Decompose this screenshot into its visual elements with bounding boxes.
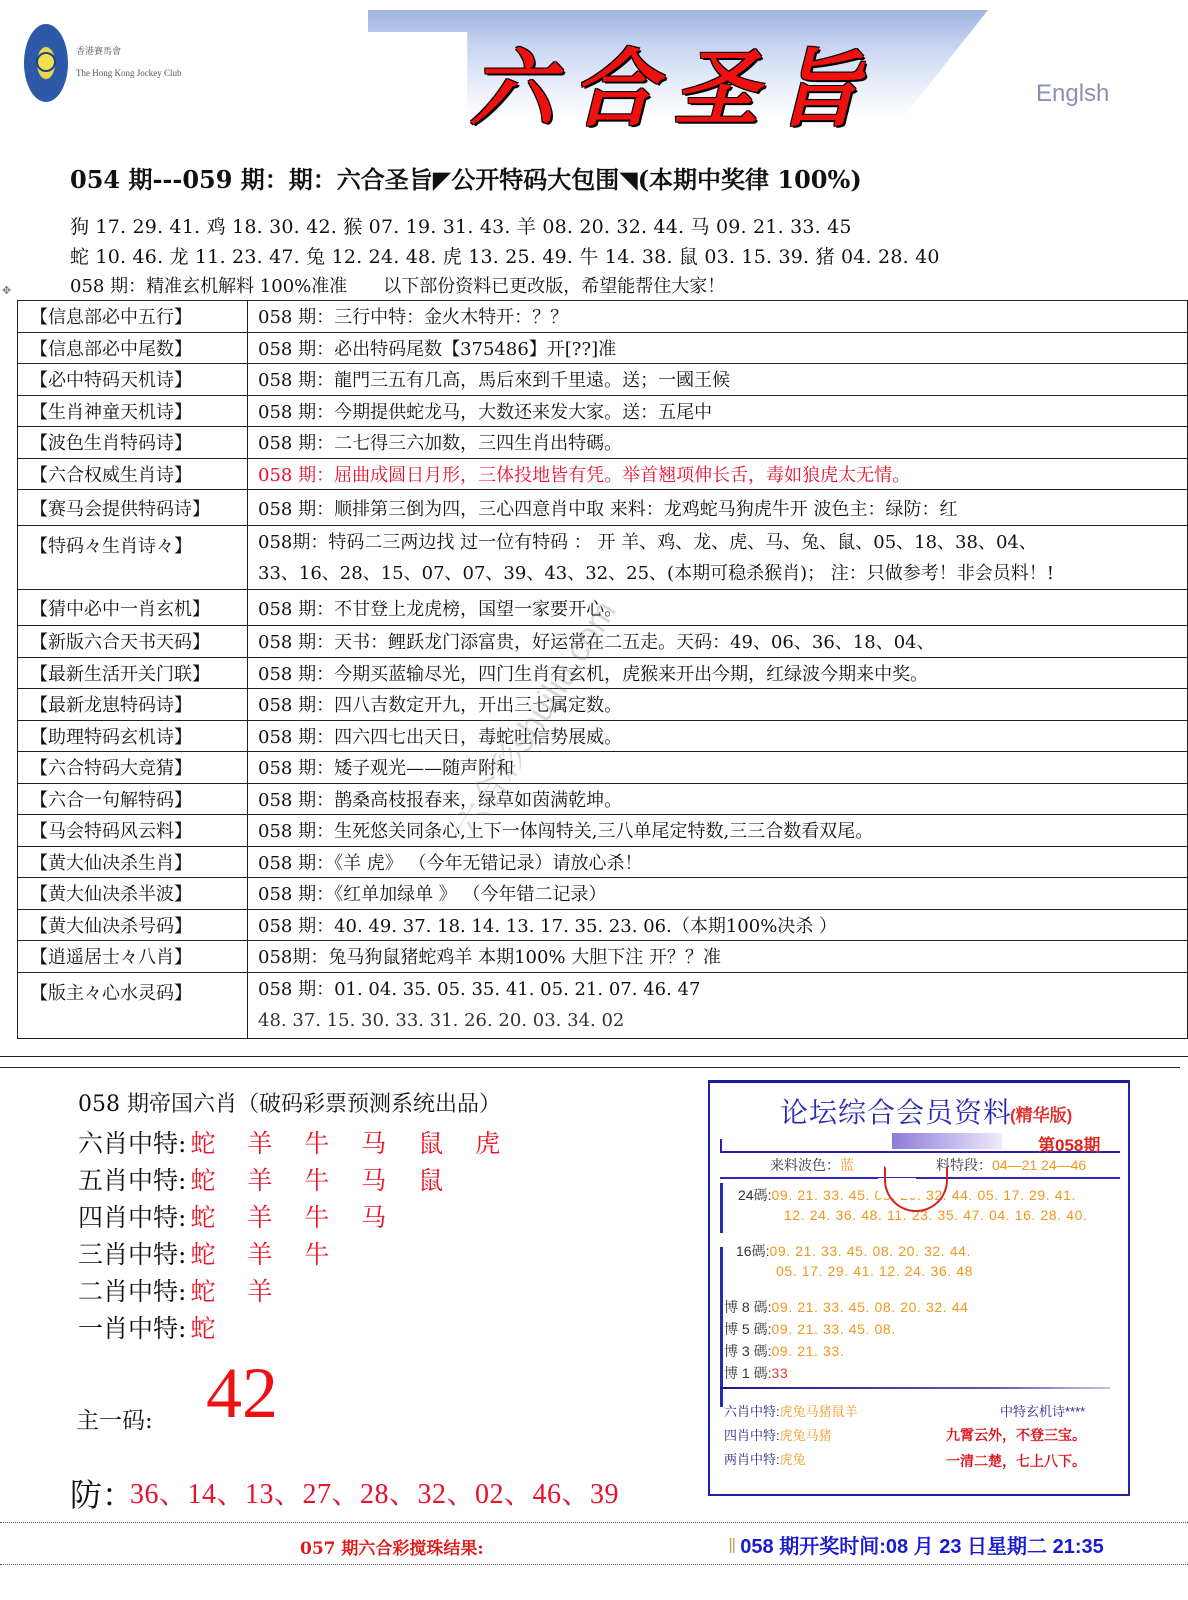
row-content-line-1: 058 期：01. 04. 35. 05. 35. 41. 05. 21. 07… bbox=[258, 974, 1177, 1005]
code-values: 09. 21. 33. 45. 08. 20. 32. 44. bbox=[769, 1243, 971, 1259]
row-content: 058 期：今期提供蛇龙马，大数还来发大家。送：五尾中 bbox=[248, 395, 1188, 427]
row-label: 【马会特码风云料】 bbox=[18, 815, 248, 847]
six-zodiac-picks: 蛇 羊 牛 马 鼠 虎 bbox=[190, 1129, 512, 1158]
row-label: 【六合权威生肖诗】 bbox=[18, 458, 248, 490]
result-title: 057 期六合彩搅珠结果: bbox=[300, 1534, 484, 1559]
row-label: 【六合特码大竞猜】 bbox=[18, 752, 248, 784]
segment-value: 04—21 24—46 bbox=[992, 1157, 1086, 1173]
card-zodiac-label: 六肖中特: bbox=[724, 1404, 780, 1419]
section-divider bbox=[0, 1067, 1180, 1068]
row-content-line-2: 48. 37. 15. 30. 33. 31. 26. 20. 03. 34. … bbox=[258, 1005, 1177, 1036]
row-content: 058 期：01. 04. 35. 05. 35. 41. 05. 21. 07… bbox=[248, 972, 1188, 1038]
table-row: 【版主々心水灵码】058 期：01. 04. 35. 05. 35. 41. 0… bbox=[18, 972, 1188, 1038]
code-row-24-cont: 12. 24. 36. 48. 11. 23. 35. 47. 04. 16. … bbox=[784, 1207, 1088, 1223]
code-values: 12. 24. 36. 48. 11. 23. 35. 47. 04. 16. … bbox=[784, 1207, 1088, 1223]
row-content: 058 期：二七得三六加数，三四生肖出特碼。 bbox=[248, 427, 1188, 459]
wave-color: 来料波色：蓝 bbox=[770, 1155, 854, 1175]
row-content: 058 期：四六四七出天日，毒蛇吐信势展威。 bbox=[248, 720, 1188, 752]
accent-bar bbox=[720, 1183, 723, 1233]
row-content: 058 期：四八吉数定开九，开出三七属定数。 bbox=[248, 689, 1188, 721]
card-zodiac-label: 四肖中特: bbox=[724, 1428, 780, 1443]
english-language-link[interactable]: Englsh bbox=[1036, 80, 1109, 108]
row-content: 058 期：鹊桑高枝报春来，绿草如茵满乾坤。 bbox=[248, 783, 1188, 815]
row-label: 【必中特码天机诗】 bbox=[18, 364, 248, 396]
row-content: 058 期：不甘登上龙虎榜，国望一家要开心。 bbox=[248, 590, 1188, 626]
table-row: 【马会特码风云料】058 期：生死悠关同条心,上下一体闯特关,三八单尾定特数,三… bbox=[18, 815, 1188, 847]
poem-title: 中特玄机诗**** bbox=[1000, 1401, 1085, 1420]
row-label: 【新版六合天书天码】 bbox=[18, 626, 248, 658]
code-row-1: 博 1 碼:33 bbox=[724, 1363, 788, 1383]
row-label: 【波色生肖特码诗】 bbox=[18, 427, 248, 459]
row-label: 【生肖神童天机诗】 bbox=[18, 395, 248, 427]
row-content: 058 期：40. 49. 37. 18. 14. 13. 17. 35. 23… bbox=[248, 909, 1188, 941]
row-label: 【逍遥居士々八肖】 bbox=[18, 941, 248, 973]
table-row: 【特码々生肖诗々】058期：特码二三两边找 过一位有特码 ： 开 羊、鸡、龙、虎… bbox=[18, 526, 1188, 590]
hkjc-logo-text: 香港賽馬會 The Hong Kong Jockey Club bbox=[76, 40, 182, 84]
row-label: 【信息部必中五行】 bbox=[18, 301, 248, 333]
row-label: 【黄大仙决杀半波】 bbox=[18, 878, 248, 910]
member-card-issue: 第058期 bbox=[1038, 1131, 1100, 1156]
row-label: 【信息部必中尾数】 bbox=[18, 332, 248, 364]
prediction-table: 【信息部必中五行】058 期：三行中特：金火木特开：？？ 【信息部必中尾数】05… bbox=[17, 300, 1188, 1039]
notice-right: 以下部份资料已更改版，希望能帮住大家！ bbox=[383, 276, 725, 297]
code-values: 09. 21. 33. 45. 08. bbox=[771, 1321, 895, 1337]
intro-title: 054 期---059 期：期：六合圣旨◤公开特码大包围◥(本期中奖律 100%… bbox=[70, 160, 862, 195]
logo-emblem-icon bbox=[36, 52, 56, 72]
table-row: 【信息部必中五行】058 期：三行中特：金火木特开：？？ bbox=[18, 301, 1188, 333]
row-content: 058 期：三行中特：金火木特开：？？ bbox=[248, 301, 1188, 333]
code-label: 博 5 碼: bbox=[724, 1321, 771, 1337]
wave-value: 蓝 bbox=[840, 1157, 854, 1173]
banner-title: 六合圣旨 bbox=[470, 44, 878, 134]
row-content: 058期：兔马狗鼠猪蛇鸡羊 本期100% 大胆下注 开？？准 bbox=[248, 941, 1188, 973]
table-row: 【信息部必中尾数】058 期：必出特码尾数【375486】开[??]准 bbox=[18, 332, 1188, 364]
row-content: 058 期：龍門三五有几高，馬后來到千里遠。送；一國王候 bbox=[248, 364, 1188, 396]
row-content: 058 期：顺排第三倒为四，三心四意肖中取 来料：龙鸡蛇马狗虎牛开 波色主：绿防… bbox=[248, 490, 1188, 526]
six-zodiac-label: 六肖中特: bbox=[78, 1129, 186, 1158]
row-label: 【最新生活开关门联】 bbox=[18, 657, 248, 689]
table-row: 【必中特码天机诗】058 期：龍門三五有几高，馬后來到千里遠。送；一國王候 bbox=[18, 364, 1188, 396]
six-zodiac-row: 二肖中特:蛇 羊 bbox=[78, 1272, 284, 1308]
six-zodiac-picks: 蛇 bbox=[190, 1314, 227, 1343]
code-row-3: 博 3 碼:09. 21. 33. bbox=[724, 1341, 844, 1361]
row-content: 058 期：必出特码尾数【375486】开[??]准 bbox=[248, 332, 1188, 364]
poem-line-1: 九霄云外，不登三宝。 bbox=[946, 1425, 1086, 1445]
six-zodiac-picks: 蛇 羊 牛 马 鼠 bbox=[190, 1166, 455, 1195]
code-label: 博 8 碼: bbox=[724, 1299, 771, 1315]
six-zodiac-row: 四肖中特:蛇 羊 牛 马 bbox=[78, 1198, 398, 1234]
divider bbox=[720, 1387, 1110, 1389]
logo-cn-name: 香港賽馬會 bbox=[76, 40, 182, 62]
six-zodiac-label: 一肖中特: bbox=[78, 1314, 186, 1343]
table-row: 【波色生肖特码诗】058 期：二七得三六加数，三四生肖出特碼。 bbox=[18, 427, 1188, 459]
draw-time: ‖058 期开奖时间:08 月 23 日星期二 21:35 bbox=[728, 1530, 1104, 1559]
row-label: 【赛马会提供特码诗】 bbox=[18, 490, 248, 526]
six-zodiac-picks: 蛇 羊 bbox=[190, 1277, 284, 1306]
logo-en-name: The Hong Kong Jockey Club bbox=[76, 62, 182, 84]
row-content: 058 期：今期买蓝输尽光，四门生肖有玄机，虎猴来开出今期，红绿波今期来中奖。 bbox=[248, 657, 1188, 689]
code-values: 05. 17. 29. 41. 12. 24. 36. 48 bbox=[776, 1263, 973, 1279]
table-row: 【赛马会提供特码诗】058 期：顺排第三倒为四，三心四意肖中取 来料：龙鸡蛇马狗… bbox=[18, 490, 1188, 526]
main-code-label: 主一码: bbox=[76, 1402, 153, 1435]
six-zodiac-row: 五肖中特:蛇 羊 牛 马 鼠 bbox=[78, 1161, 455, 1197]
row-label: 【特码々生肖诗々】 bbox=[18, 526, 248, 590]
code-row-16: 16碼:09. 21. 33. 45. 08. 20. 32. 44. bbox=[736, 1241, 971, 1261]
zodiac-numbers-line-1: 狗 17. 29. 41. 鸡 18. 30. 42. 猴 07. 19. 31… bbox=[70, 212, 852, 239]
six-zodiac-picks: 蛇 羊 牛 马 bbox=[190, 1203, 398, 1232]
member-card-title: 论坛综合会员资料 bbox=[780, 1091, 1012, 1131]
dotted-divider bbox=[0, 1522, 1188, 1523]
six-zodiac-row: 一肖中特:蛇 bbox=[78, 1309, 227, 1345]
notice-line: 058 期：精准玄机解料 100%准准以下部份资料已更改版，希望能帮住大家！ bbox=[70, 272, 725, 298]
six-zodiac-row: 三肖中特:蛇 羊 牛 bbox=[78, 1235, 341, 1271]
hkjc-logo-icon[interactable] bbox=[24, 24, 68, 102]
six-zodiac-row: 六肖中特:蛇 羊 牛 马 鼠 虎 bbox=[78, 1124, 512, 1160]
card-zodiac-value: 虎兔马猪鼠羊 bbox=[780, 1404, 858, 1419]
member-card-edition: (精华版) bbox=[1010, 1101, 1072, 1126]
code-row-16-cont: 05. 17. 29. 41. 12. 24. 36. 48 bbox=[776, 1263, 973, 1279]
row-content: 058期：特码二三两边找 过一位有特码 ： 开 羊、鸡、龙、虎、马、兔、鼠、05… bbox=[248, 526, 1188, 590]
table-row: 【最新龙崽特码诗】058 期：四八吉数定开九，开出三七属定数。 bbox=[18, 689, 1188, 721]
code-label: 博 1 碼: bbox=[724, 1365, 771, 1381]
code-row-8: 博 8 碼:09. 21. 33. 45. 08. 20. 32. 44 bbox=[724, 1297, 969, 1317]
separator-icon: ‖ bbox=[728, 1536, 736, 1558]
table-row: 【生肖神童天机诗】058 期：今期提供蛇龙马，大数还来发大家。送：五尾中 bbox=[18, 395, 1188, 427]
table-row: 【黄大仙决杀号码】058 期：40. 49. 37. 18. 14. 13. 1… bbox=[18, 909, 1188, 941]
page-header: 香港賽馬會 The Hong Kong Jockey Club 六合圣旨 Eng… bbox=[0, 0, 1188, 150]
move-handle-icon[interactable]: ✥ bbox=[2, 284, 11, 297]
six-zodiac-picks: 蛇 羊 牛 bbox=[190, 1240, 341, 1269]
card-zodiac-value: 虎兔 bbox=[780, 1452, 806, 1467]
code-label: 24碼: bbox=[738, 1187, 771, 1203]
six-zodiac-title: 058 期帝国六肖（破码彩票预测系统出品） bbox=[78, 1087, 501, 1118]
card-zodiac-row: 两肖中特:虎兔 bbox=[724, 1449, 806, 1468]
notice-left: 058 期：精准玄机解料 100%准准 bbox=[70, 276, 347, 297]
main-code-value: 42 bbox=[206, 1352, 278, 1435]
table-row: 【六合权威生肖诗】058 期：屈曲成圆日月形，三体投地皆有凭。举首翘项伸长舌，毒… bbox=[18, 458, 1188, 490]
wave-label: 来料波色： bbox=[770, 1157, 840, 1173]
card-zodiac-row: 四肖中特:虎兔马猪 bbox=[724, 1425, 832, 1444]
draw-time-text: 058 期开奖时间:08 月 23 日星期二 21:35 bbox=[740, 1536, 1103, 1558]
table-row: 【六合一句解特码】058 期：鹊桑高枝报春来，绿草如茵满乾坤。 bbox=[18, 783, 1188, 815]
card-zodiac-row: 六肖中特:虎兔马猪鼠羊 bbox=[724, 1401, 858, 1420]
card-zodiac-value: 虎兔马猪 bbox=[780, 1428, 832, 1443]
guard-label: 防： bbox=[70, 1470, 134, 1516]
code-label: 16碼: bbox=[736, 1243, 769, 1259]
row-content: 058 期：生死悠关同条心,上下一体闯特关,三八单尾定特数,三三合数看双尾。 bbox=[248, 815, 1188, 847]
code-values: 09. 21. 33. bbox=[771, 1343, 844, 1359]
segment: 料特段：04—21 24—46 bbox=[936, 1155, 1086, 1175]
row-content-line-2: 33、16、28、15、07、07、39、43、32、25、(本期可稳杀猴肖)；… bbox=[258, 558, 1177, 589]
row-label: 【版主々心水灵码】 bbox=[18, 972, 248, 1038]
row-label: 【助理特码玄机诗】 bbox=[18, 720, 248, 752]
table-row: 【助理特码玄机诗】058 期：四六四七出天日，毒蛇吐信势展威。 bbox=[18, 720, 1188, 752]
gradient-strip bbox=[892, 1133, 1002, 1149]
code-values: 33 bbox=[771, 1365, 788, 1381]
table-row: 【黄大仙决杀生肖】058 期：《羊 虎》 （今年无错记录）请放心杀！ bbox=[18, 846, 1188, 878]
row-content: 058 期：矮子观光——随声附和 bbox=[248, 752, 1188, 784]
accent-bar bbox=[720, 1247, 723, 1407]
card-zodiac-label: 两肖中特: bbox=[724, 1452, 780, 1467]
six-zodiac-label: 二肖中特: bbox=[78, 1277, 186, 1306]
code-label: 博 3 碼: bbox=[724, 1343, 771, 1359]
row-content: 058 期：《羊 虎》 （今年无错记录）请放心杀！ bbox=[248, 846, 1188, 878]
table-row: 【逍遥居士々八肖】058期：兔马狗鼠猪蛇鸡羊 本期100% 大胆下注 开？？准 bbox=[18, 941, 1188, 973]
member-data-card: 论坛综合会员资料 (精华版) 第058期 来料波色：蓝 料特段：04—21 24… bbox=[708, 1080, 1130, 1496]
dotted-divider bbox=[0, 1564, 1188, 1565]
row-label: 【六合一句解特码】 bbox=[18, 783, 248, 815]
table-row: 【最新生活开关门联】058 期：今期买蓝输尽光，四门生肖有玄机，虎猴来开出今期，… bbox=[18, 657, 1188, 689]
row-label: 【最新龙崽特码诗】 bbox=[18, 689, 248, 721]
row-label: 【黄大仙决杀号码】 bbox=[18, 909, 248, 941]
row-content-line-1: 058期：特码二三两边找 过一位有特码 ： 开 羊、鸡、龙、虎、马、兔、鼠、05… bbox=[258, 527, 1177, 558]
table-row: 【黄大仙决杀半波】058 期：《红单加绿单 》 （今年错二记录） bbox=[18, 878, 1188, 910]
table-row: 【六合特码大竞猜】058 期：矮子观光——随声附和 bbox=[18, 752, 1188, 784]
row-label: 【黄大仙决杀生肖】 bbox=[18, 846, 248, 878]
row-content: 058 期：天书：鲤跃龙门添富贵，好运常在二五走。天码：49、06、36、18、… bbox=[248, 626, 1188, 658]
row-content: 058 期：屈曲成圆日月形，三体投地皆有凭。举首翘项伸长舌，毒如狼虎太无情。 bbox=[248, 458, 1188, 490]
row-label: 【猜中必中一肖玄机】 bbox=[18, 590, 248, 626]
poem-line-2: 一清二楚，七上八下。 bbox=[946, 1451, 1086, 1471]
six-zodiac-label: 四肖中特: bbox=[78, 1203, 186, 1232]
six-zodiac-label: 五肖中特: bbox=[78, 1166, 186, 1195]
section-divider bbox=[0, 1056, 1188, 1057]
zodiac-numbers-line-2: 蛇 10. 46. 龙 11. 23. 47. 兔 12. 24. 48. 虎 … bbox=[70, 242, 940, 269]
code-values: 09. 21. 33. 45. 08. 20. 32. 44 bbox=[771, 1299, 968, 1315]
six-zodiac-label: 三肖中特: bbox=[78, 1240, 186, 1269]
guard-values: 36、14、13、27、28、32、02、46、39 bbox=[130, 1472, 619, 1512]
code-row-5: 博 5 碼:09. 21. 33. 45. 08. bbox=[724, 1319, 896, 1339]
row-content: 058 期：《红单加绿单 》 （今年错二记录） bbox=[248, 878, 1188, 910]
